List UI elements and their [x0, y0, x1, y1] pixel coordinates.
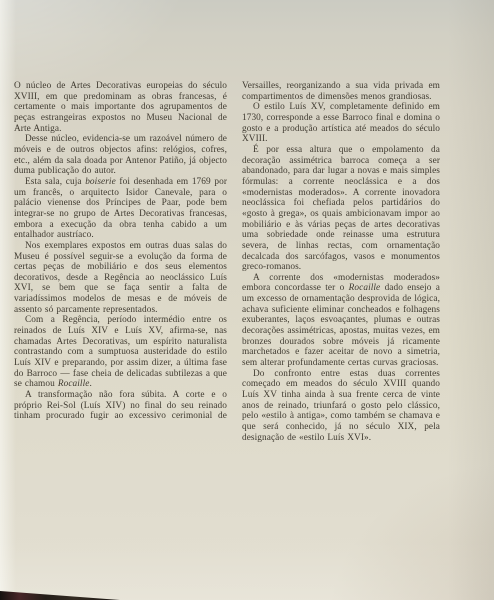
- paragraph-text: Com a Regência, período intermédio entre…: [14, 315, 227, 389]
- italic-term: boiserie: [85, 177, 116, 187]
- italic-term: Rocaille: [349, 283, 381, 293]
- paragraph: Nos exemplares expostos em outras duas s…: [14, 241, 227, 316]
- book-page: O núcleo de Artes Decorativas europeias …: [0, 0, 494, 600]
- text-columns: O núcleo de Artes Decorativas europeias …: [14, 81, 440, 443]
- paragraph: É por essa altura que o empolamento da d…: [242, 145, 440, 273]
- paragraph: Esta sala, cuja boiserie foi desenhada e…: [14, 177, 227, 241]
- paragraph: A transformação não fora súbita. A corte…: [14, 390, 227, 422]
- paragraph: Desse núcleo, evidencia-se um razoável n…: [14, 134, 227, 177]
- paragraph: A corrente dos «modernistas moderados» e…: [242, 273, 440, 369]
- italic-term: Rocaille: [58, 379, 90, 389]
- right-column: Versailles, reorganizando a sua vida pri…: [242, 81, 440, 443]
- paragraph-text: Esta sala, cuja: [25, 177, 85, 187]
- paragraph: O estilo Luís XV, completamente definido…: [242, 102, 440, 145]
- page-bottom-edge-shadow: [0, 591, 120, 600]
- paragraph: Com a Regência, período intermédio entre…: [14, 315, 227, 390]
- paragraph: Versailles, reorganizando a sua vida pri…: [242, 81, 440, 102]
- paragraph-text: .: [89, 379, 91, 389]
- paragraph: O núcleo de Artes Decorativas europeias …: [14, 81, 227, 134]
- paragraph-text: dado ensejo a um excesso de ornamentação…: [242, 283, 440, 368]
- left-column: O núcleo de Artes Decorativas europeias …: [14, 81, 227, 443]
- paragraph: Do confronto entre estas duas correntes …: [242, 369, 440, 444]
